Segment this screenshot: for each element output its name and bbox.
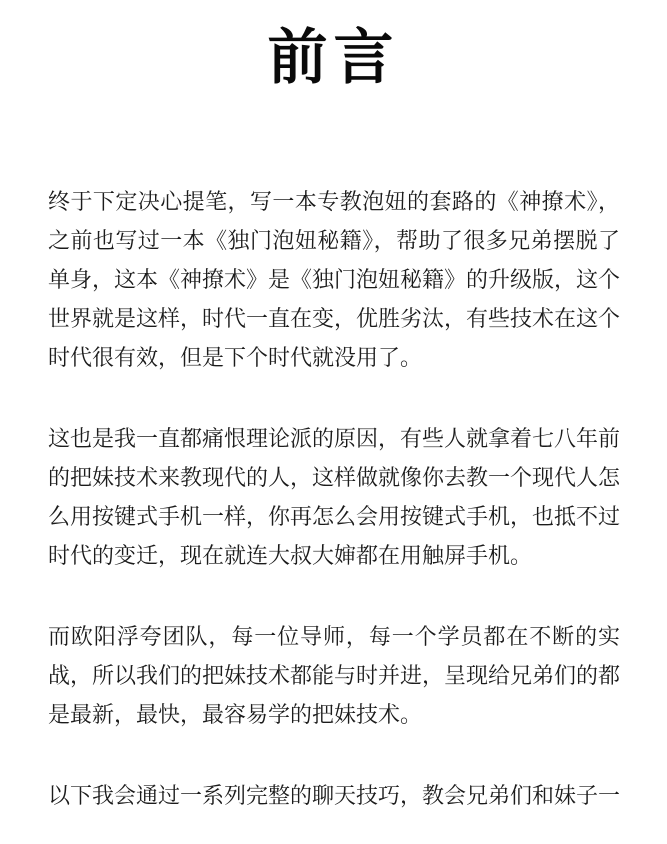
paragraph: 而欧阳浮夸团队，每一位导师，每一个学员都在不断的实战，所以我们的把妹技术都能与时… [48, 617, 620, 734]
document-page: 前言 终于下定决心提笔，写一本专教泡妞的套路的《神撩术》，之前也写过一本《独门泡… [0, 0, 667, 844]
paragraph: 这也是我一直都痛恨理论派的原因，有些人就拿着七八年前的把妹技术来教现代的人，这样… [48, 419, 620, 575]
page-title: 前言 [0, 0, 667, 96]
paragraph: 终于下定决心提笔，写一本专教泡妞的套路的《神撩术》，之前也写过一本《独门泡妞秘籍… [48, 182, 620, 377]
document-body: 终于下定决心提笔，写一本专教泡妞的套路的《神撩术》，之前也写过一本《独门泡妞秘籍… [48, 182, 620, 815]
paragraph: 以下我会通过一系列完整的聊天技巧，教会兄弟们和妹子一 [48, 776, 620, 815]
